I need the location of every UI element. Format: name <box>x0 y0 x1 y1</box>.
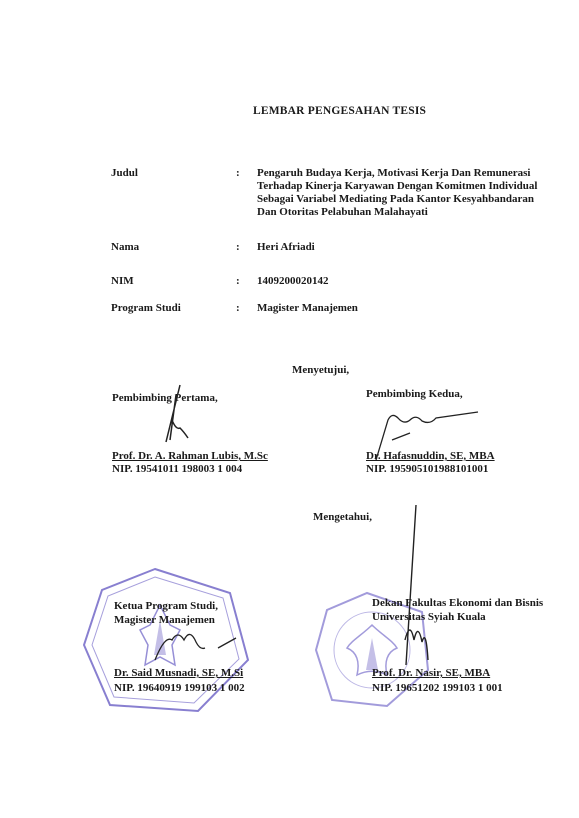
signature-supervisor2 <box>376 412 478 460</box>
signature-supervisor1 <box>166 385 188 442</box>
signature-head-program <box>155 634 236 660</box>
signatures <box>0 0 579 818</box>
signature-dean <box>405 505 428 665</box>
